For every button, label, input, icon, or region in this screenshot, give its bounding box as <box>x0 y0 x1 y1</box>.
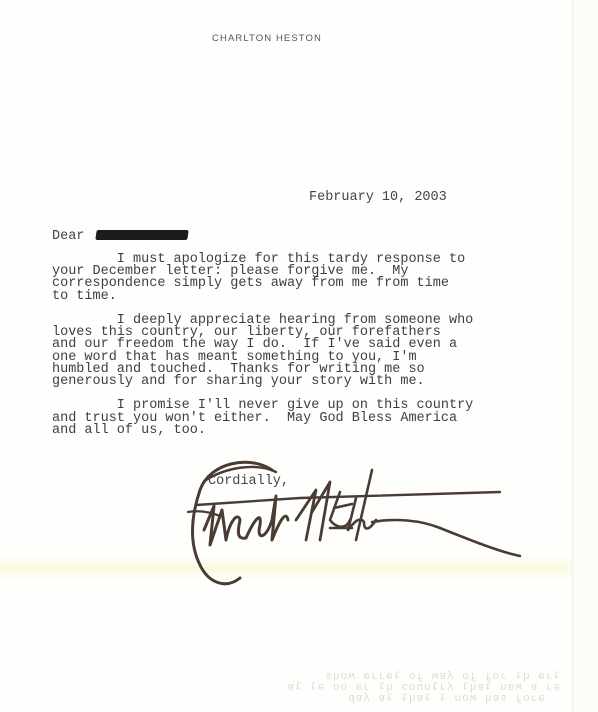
paragraph-appreciation: I deeply appreciate hearing from someone… <box>52 315 492 388</box>
paper-edge <box>572 0 598 712</box>
paragraph-apology: I must apologize for this tardy response… <box>52 254 492 303</box>
letter-date: February 10, 2003 <box>309 190 447 205</box>
bleed-through-text: ʇɹǝ ɥʇ ɹoɟ ɟo ʎɐʍ ɟo ʇǝɹɹǝ ʍoɥs ǝɹ ɐ ʍǝu… <box>40 672 560 705</box>
letterhead: CHARLTON HESTON <box>0 33 534 44</box>
salutation: Dear <box>52 229 84 244</box>
letter-body: I must apologize for this tardy response… <box>52 254 492 449</box>
closing: Cordially, <box>208 474 289 489</box>
redacted-recipient-name <box>95 230 188 240</box>
scan-band <box>0 556 572 580</box>
paragraph-promise: I promise I'll never give up on this cou… <box>52 400 492 437</box>
